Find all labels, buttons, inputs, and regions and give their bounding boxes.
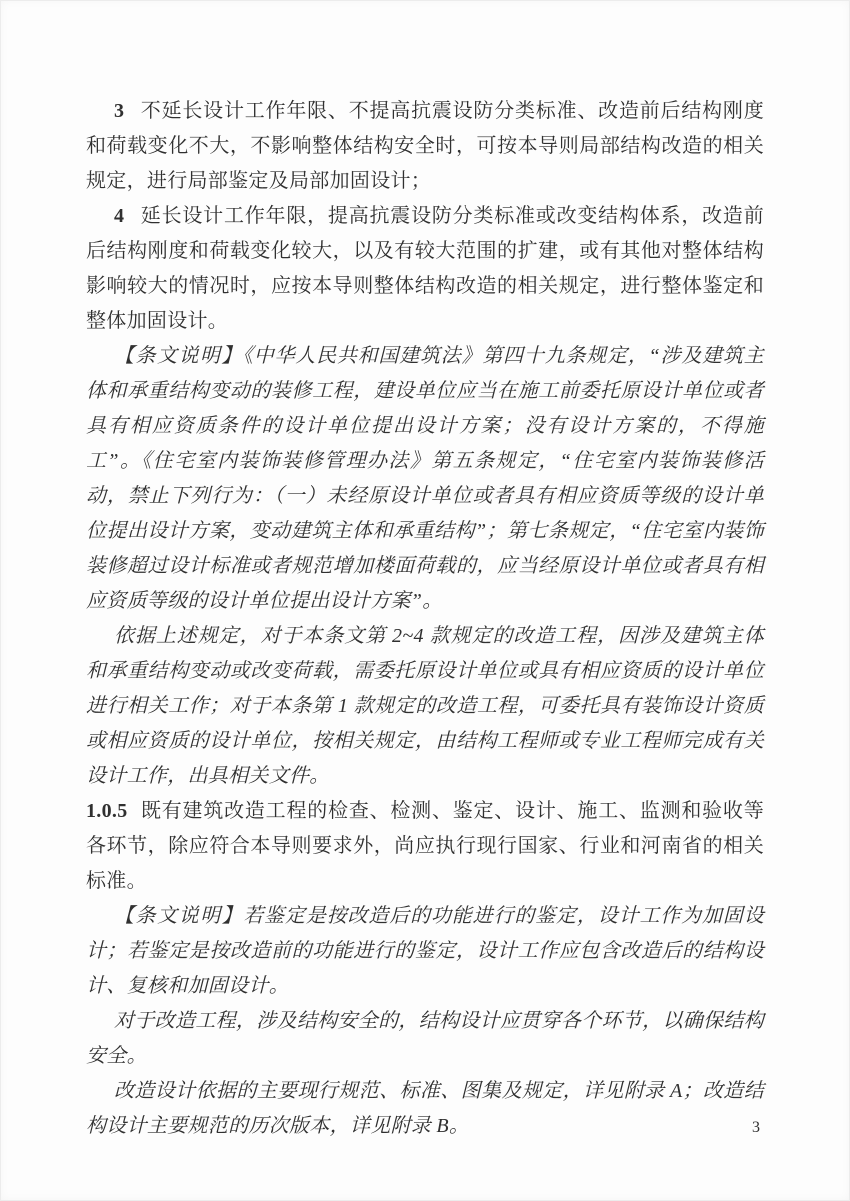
commentary-label: 【条文说明】	[114, 345, 243, 367]
page-number: 3	[752, 1118, 760, 1138]
paragraph-text: 对于改造工程，涉及结构安全的，结构设计应贯穿各个环节，以确保结构安全。	[86, 1010, 764, 1067]
paragraph-clause-1-0-5: 1.0.5既有建筑改造工程的检查、检测、鉴定、设计、施工、监测和验收等各环节，除…	[86, 794, 764, 899]
paragraph-text: 《中华人民共和国建筑法》第四十九条规定，“涉及建筑主体和承重结构变动的装修工程，…	[86, 345, 764, 612]
paragraph-text: 延长设计工作年限，提高抗震设防分类标准或改变结构体系，改造前后结构刚度和荷载变化…	[86, 205, 764, 332]
item-number: 3	[114, 100, 124, 122]
paragraph-commentary: 【条文说明】若鉴定是按改造后的功能进行的鉴定，设计工作为加固设计；若鉴定是按改造…	[86, 899, 764, 1004]
paragraph-commentary: 对于改造工程，涉及结构安全的，结构设计应贯穿各个环节，以确保结构安全。	[86, 1004, 764, 1074]
paragraph-item-3: 3不延长设计工作年限、不提高抗震设防分类标准、改造前后结构刚度和荷载变化不大，不…	[86, 94, 764, 199]
paragraph-text: 改造设计依据的主要现行规范、标准、图集及规定，详见附录 A；改造结构设计主要规范…	[86, 1080, 764, 1137]
document-page: 3不延长设计工作年限、不提高抗震设防分类标准、改造前后结构刚度和荷载变化不大，不…	[0, 0, 850, 1201]
paragraph-commentary: 【条文说明】《中华人民共和国建筑法》第四十九条规定，“涉及建筑主体和承重结构变动…	[86, 339, 764, 619]
clause-number: 1.0.5	[86, 800, 128, 822]
commentary-label: 【条文说明】	[114, 905, 243, 927]
item-number: 4	[114, 205, 124, 227]
paragraph-text: 不延长设计工作年限、不提高抗震设防分类标准、改造前后结构刚度和荷载变化不大，不影…	[86, 100, 764, 192]
page-content: 3不延长设计工作年限、不提高抗震设防分类标准、改造前后结构刚度和荷载变化不大，不…	[86, 94, 764, 1144]
paragraph-text: 既有建筑改造工程的检查、检测、鉴定、设计、施工、监测和验收等各环节，除应符合本导…	[86, 800, 764, 892]
paragraph-commentary: 改造设计依据的主要现行规范、标准、图集及规定，详见附录 A；改造结构设计主要规范…	[86, 1074, 764, 1144]
paragraph-commentary: 依据上述规定，对于本条文第 2~4 款规定的改造工程，因涉及建筑主体和承重结构变…	[86, 619, 764, 794]
paragraph-item-4: 4延长设计工作年限，提高抗震设防分类标准或改变结构体系，改造前后结构刚度和荷载变…	[86, 199, 764, 339]
paragraph-text: 依据上述规定，对于本条文第 2~4 款规定的改造工程，因涉及建筑主体和承重结构变…	[86, 625, 764, 787]
